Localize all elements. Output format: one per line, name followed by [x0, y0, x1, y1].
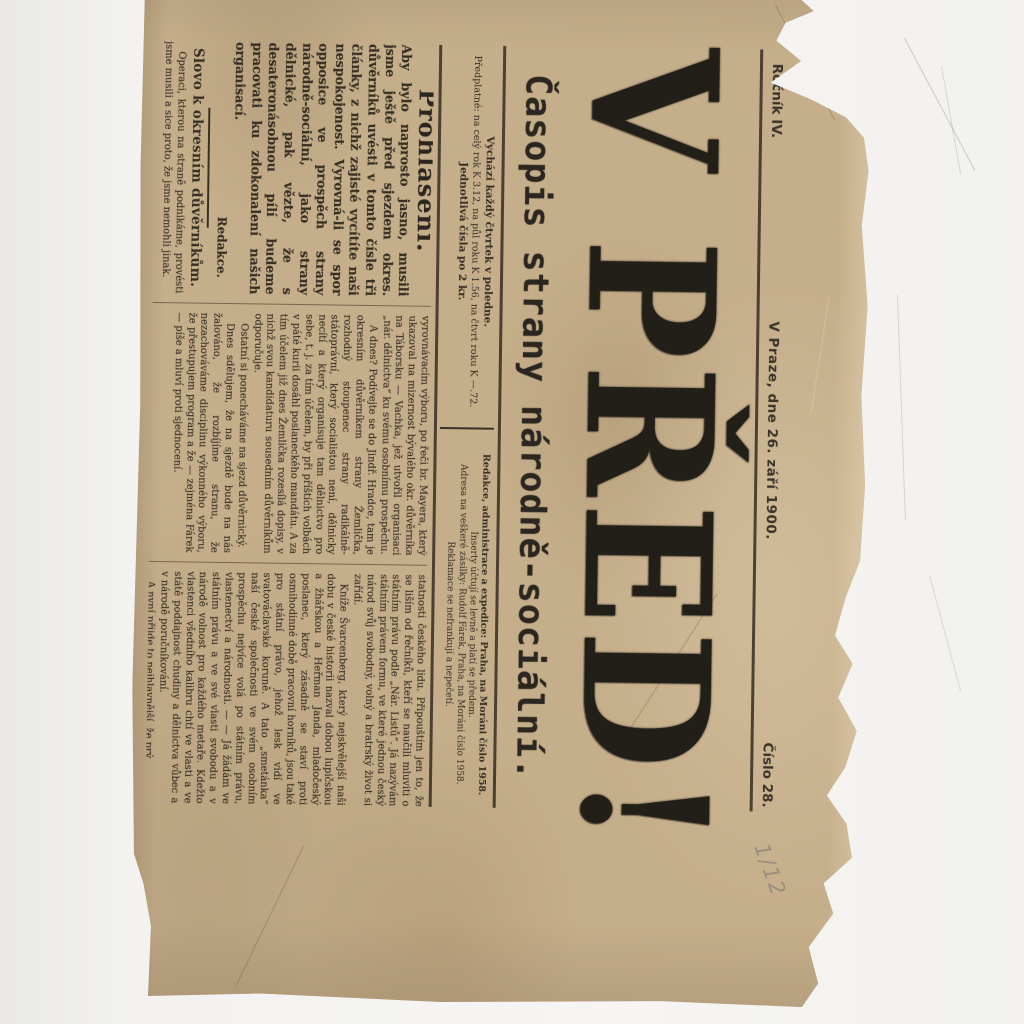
background-scratch [929, 575, 961, 691]
article-column-1: Prohlášení. Aby bylo naprosto jasno, mus… [153, 41, 435, 307]
imprint-row: Vychází každý čtvrtek v poledne. Předpla… [432, 45, 504, 808]
newspaper-title: V PŘED! [532, 46, 758, 811]
scanner-background: Ročník IV. V Praze, dne 26. září 1900. Č… [0, 0, 1024, 1024]
article-text: A dnes? Podívejte se do Jindř. Hradce, t… [247, 313, 378, 555]
place-date: V Praze, dne 26. září 1900. [762, 321, 781, 540]
declaration-text: Aby bylo naprosto jasno, musili jsme ješ… [228, 42, 414, 297]
issue-number: Číslo 28. [759, 742, 776, 807]
editorial-info: Redakce, administrace a expedice: Praha,… [435, 427, 494, 808]
printed-area: Ročník IV. V Praze, dne 26. září 1900. Č… [146, 41, 790, 812]
signature: Redakce. [214, 42, 230, 294]
paper-crease [236, 846, 304, 986]
background-scratch [904, 38, 975, 171]
article-heading: Prohlášení. [418, 45, 434, 297]
section-divider [207, 108, 211, 228]
article-heading-2: Slovo k okresním důvěrníkům. [188, 41, 204, 293]
article-text: Operaci, kterou na straně podnikáme, pro… [158, 41, 187, 293]
publication-info: Vychází každý čtvrtek v poledne. Předpla… [440, 45, 499, 428]
article-text: Kníže Švarcenberg, který nejskvělejší na… [154, 571, 349, 806]
article-column-3: statnosti českého lidu. Připouštím jen t… [146, 562, 427, 807]
background-scratch [941, 66, 961, 175]
paper-crease [810, 295, 829, 414]
article-text: vyrovnávacím výboru, po řeči br. Mayera,… [376, 315, 431, 556]
article-column-2: vyrovnávacím výboru, po řeči br. Mayera,… [149, 303, 431, 566]
article-text: Dnes sdělujem, že na sjezdě bude na nás … [168, 312, 235, 553]
article-text: statnosti českého lidu. Připouštím jen t… [347, 574, 427, 807]
article-columns: Prohlášení. Aby bylo naprosto jasno, mus… [146, 41, 440, 807]
volume-label: Ročník IV. [768, 64, 785, 139]
background-scratch [897, 295, 906, 520]
